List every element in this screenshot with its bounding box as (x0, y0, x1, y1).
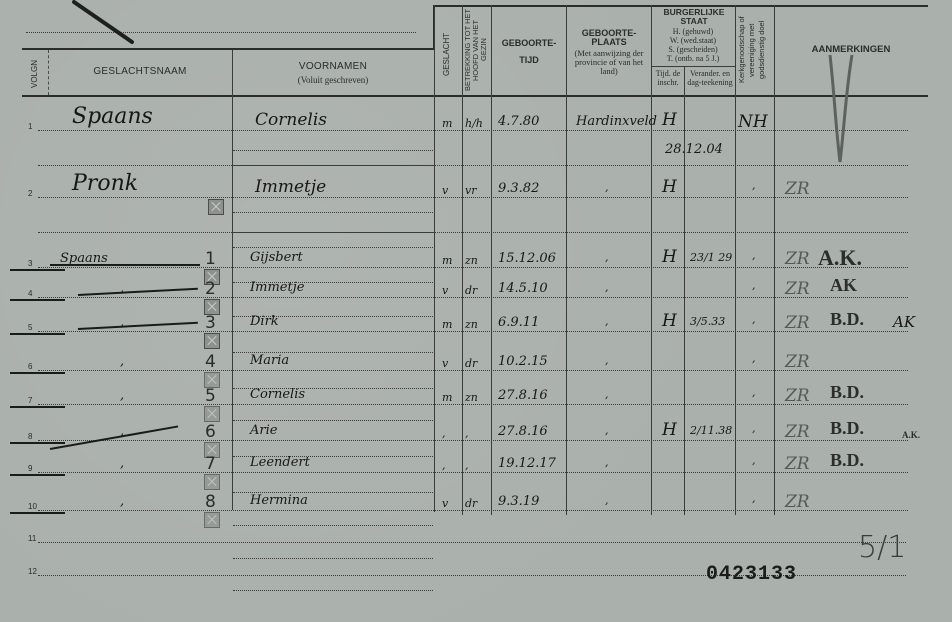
remark-stamp-secondary: A.K. (902, 430, 920, 440)
sex: m (442, 318, 452, 331)
relation: zn (465, 254, 478, 267)
sex: , (442, 459, 446, 472)
voornamen-subline (233, 150, 433, 151)
sex: m (442, 117, 452, 130)
surname: , (120, 494, 124, 509)
birth-place: , (605, 281, 609, 294)
relation: zn (465, 391, 478, 404)
child-marker: 5 (205, 386, 216, 406)
row-strikeout (10, 474, 65, 476)
given-name: Leendert (250, 455, 310, 470)
header-verandering: Verander. en dag-teekening (685, 69, 735, 87)
row-baseline (38, 197, 908, 198)
civil-status: H (662, 420, 677, 440)
header-bs-h: H. (gehuwd) (652, 27, 734, 36)
surname-strikeout (50, 264, 200, 266)
col-divider-voornamen (434, 5, 435, 512)
row-number: 8 (28, 432, 32, 441)
sex: v (442, 184, 448, 197)
ditto-strikeout (50, 425, 178, 450)
sex: v (442, 284, 448, 297)
cross-box-stamp (208, 199, 224, 215)
voornamen-subline (233, 212, 433, 213)
given-name: Maria (250, 353, 289, 368)
row-baseline (38, 440, 908, 441)
row-baseline (38, 370, 908, 371)
relation: zn (465, 318, 478, 331)
civil-status: H (662, 311, 677, 331)
col-divider-bs-split (684, 66, 685, 515)
col-divider-kerk (774, 5, 775, 515)
row-number: 2 (28, 189, 32, 198)
serial-number: 0423133 (706, 563, 797, 586)
birth-date: 9.3.82 (498, 181, 539, 196)
row-baseline (38, 542, 906, 543)
surname: , (120, 456, 124, 471)
relation: , (465, 427, 469, 440)
given-name: Immetje (255, 177, 326, 197)
cross-box-stamp (204, 406, 220, 422)
birth-date: 9.3.19 (498, 494, 539, 509)
sex: m (442, 254, 452, 267)
header-voornamen-sub: (Voluit geschreven) (234, 75, 432, 85)
remark-stamp: B.D. (830, 382, 864, 403)
header-betrekking: BETREKKING TOT HET HOOFD VAN HET GEZIN (464, 8, 490, 92)
header-bs-s: S. (gescheiden) (652, 45, 734, 54)
birth-place: , (605, 456, 609, 469)
child-marker: 4 (205, 352, 216, 372)
given-name: Cornelis (250, 387, 305, 402)
row-separator (38, 165, 908, 166)
header-bs-w: W. (wed.staat) (652, 36, 734, 45)
surname: , (120, 354, 124, 369)
remark-stamp: AK (830, 275, 857, 296)
birth-place: , (605, 315, 609, 328)
status-change: 3/5.33 (690, 315, 725, 328)
civil-status: H (662, 110, 677, 130)
given-name: Arie (250, 423, 277, 438)
child-marker: 8 (205, 492, 216, 512)
remarks: ZR (785, 249, 810, 269)
header-voornamen: VOORNAMEN (234, 62, 432, 72)
remark-stamp: B.D. (830, 418, 864, 439)
remarks: ZR (785, 179, 810, 199)
remarks: ZR (785, 422, 810, 442)
remarks: ZR (785, 279, 810, 299)
row-strikeout (10, 512, 65, 514)
remark-stamp: B.D. (830, 450, 864, 471)
remark-stamp: B.D. (830, 309, 864, 330)
row-baseline (38, 331, 908, 332)
relation: dr (465, 357, 477, 370)
relation: vr (465, 184, 476, 197)
col-divider-naam (232, 50, 233, 510)
header-geslachtsnaam: GESLACHTSNAAM (50, 67, 230, 77)
voornamen-subline (233, 420, 433, 421)
surname: Spaans (72, 104, 153, 129)
header-geboorteplaats-2: PLAATS (567, 37, 651, 47)
row-strikeout (10, 299, 65, 301)
birth-date: 27.8.16 (498, 388, 548, 403)
surname: , (120, 388, 124, 403)
religion: , (752, 422, 756, 435)
remarks: ZR (785, 386, 810, 406)
header-geboorteplaats-sub: (Met aanwijzing der provincie of van het… (570, 49, 648, 76)
row-number: 10 (28, 502, 37, 511)
row-baseline (38, 130, 908, 131)
sex: , (442, 427, 446, 440)
row-baseline (38, 510, 908, 511)
row-strikeout (10, 442, 65, 444)
religion: , (752, 279, 756, 292)
religion: , (752, 313, 756, 326)
cross-box-stamp (204, 333, 220, 349)
header-burgerlijke-staat: BURGERLIJKE STAAT (656, 8, 732, 26)
birth-date: 27.8.16 (498, 424, 548, 439)
birth-place: , (605, 494, 609, 507)
cross-box-stamp (204, 512, 220, 528)
row-strikeout (10, 333, 65, 335)
header-geboortetijd-2: TIJD (492, 55, 566, 65)
religion: , (752, 179, 756, 192)
birth-date: 15.12.06 (498, 251, 556, 266)
row-number: 7 (28, 396, 32, 405)
religion: , (752, 386, 756, 399)
relation: h/h (465, 117, 483, 130)
sex: v (442, 357, 448, 370)
child-marker: 1 (205, 249, 216, 269)
birth-date: 14.5.10 (498, 281, 548, 296)
voornamen-subline (233, 590, 433, 591)
fraction-mark: 5/1 (858, 530, 906, 565)
header-kerkgenootschap: Kerkgenootschap of vereeniging met godsd… (737, 8, 771, 92)
remark-stamp-secondary: AK (893, 313, 915, 331)
birth-date: 19.12.17 (498, 456, 556, 471)
birth-place: , (605, 354, 609, 367)
remarks: ZR (785, 313, 810, 333)
surname: Pronk (72, 171, 138, 196)
status-change: 2/11.38 (690, 424, 732, 437)
birth-date: 4.7.80 (498, 114, 539, 129)
birth-place: , (605, 181, 609, 194)
pen-stroke-mark-icon (70, 0, 140, 50)
cross-box-stamp (204, 474, 220, 490)
row-number: 9 (28, 464, 32, 473)
relation: dr (465, 497, 477, 510)
voornamen-subline (233, 558, 433, 559)
row-number: 1 (28, 122, 32, 131)
col-divider-volgn (48, 50, 49, 95)
row-baseline (38, 297, 908, 298)
birth-date: 10.2.15 (498, 354, 548, 369)
remarks: ZR (785, 454, 810, 474)
voornamen-subline (233, 525, 433, 526)
civil-status: H (662, 247, 677, 267)
religion: , (752, 352, 756, 365)
row-strikeout (10, 269, 65, 271)
status-date: 28.12.04 (665, 142, 723, 157)
child-marker: 2 (205, 279, 216, 299)
birth-place: Hardinxveld (576, 114, 657, 129)
child-marker: 7 (205, 454, 216, 474)
row-number: 4 (28, 289, 32, 298)
col-divider-betrekking (491, 5, 492, 515)
status-change: 23/1 29 (690, 251, 732, 264)
header-bottom-rule (22, 95, 928, 97)
col-divider-burgerstaat (735, 5, 736, 515)
remarks: ZR (785, 492, 810, 512)
remark-stamp: A.K. (818, 245, 862, 271)
birth-date: 6.9.11 (498, 315, 539, 330)
header-geboortetijd-1: GEBOORTE- (492, 38, 566, 48)
row-number: 5 (28, 323, 32, 332)
header-tijd-inschr: Tijd. de inschr. (652, 69, 684, 87)
row-baseline (38, 267, 908, 268)
ditto-strikeout (78, 288, 198, 296)
pencil-v-mark-icon (820, 50, 860, 170)
row-baseline (38, 404, 908, 405)
row-separator (38, 232, 908, 233)
col-divider-bs-horizontal (651, 66, 735, 67)
religion: , (752, 454, 756, 467)
sex: v (442, 497, 448, 510)
given-name: Gijsbert (250, 250, 303, 265)
ditto-strikeout (78, 322, 198, 330)
given-name: Dirk (250, 314, 279, 329)
given-name: Immetje (250, 280, 304, 295)
row-number: 11 (28, 534, 36, 543)
child-marker: 6 (205, 422, 216, 442)
header-volgn: VOLGN (30, 56, 40, 92)
row-number: 6 (28, 362, 32, 371)
col-divider-geboortetijd (566, 5, 567, 515)
religion: NH (738, 112, 768, 132)
header-bs-t: T. (ontb. na 5 J.) (652, 54, 734, 63)
civil-status: H (662, 177, 677, 197)
child-marker: 3 (205, 313, 216, 333)
religion: , (752, 492, 756, 505)
row-strikeout (10, 372, 65, 374)
row-number: 3 (28, 259, 32, 268)
row-strikeout (10, 406, 65, 408)
persoonskaart: VOLGN GESLACHTSNAAM VOORNAMEN (Voluit ge… (0, 0, 952, 622)
sex: m (442, 391, 452, 404)
remarks: ZR (785, 352, 810, 372)
relation: dr (465, 284, 477, 297)
birth-place: , (605, 388, 609, 401)
religion: , (752, 249, 756, 262)
given-name: Cornelis (255, 110, 327, 130)
birth-place: , (605, 424, 609, 437)
relation: , (465, 459, 469, 472)
header-geslacht: GESLACHT (442, 30, 452, 78)
row-baseline (38, 472, 908, 473)
voornamen-subline (233, 247, 433, 248)
row-number: 12 (28, 567, 37, 576)
birth-place: , (605, 251, 609, 264)
given-name: Hermina (250, 493, 308, 508)
